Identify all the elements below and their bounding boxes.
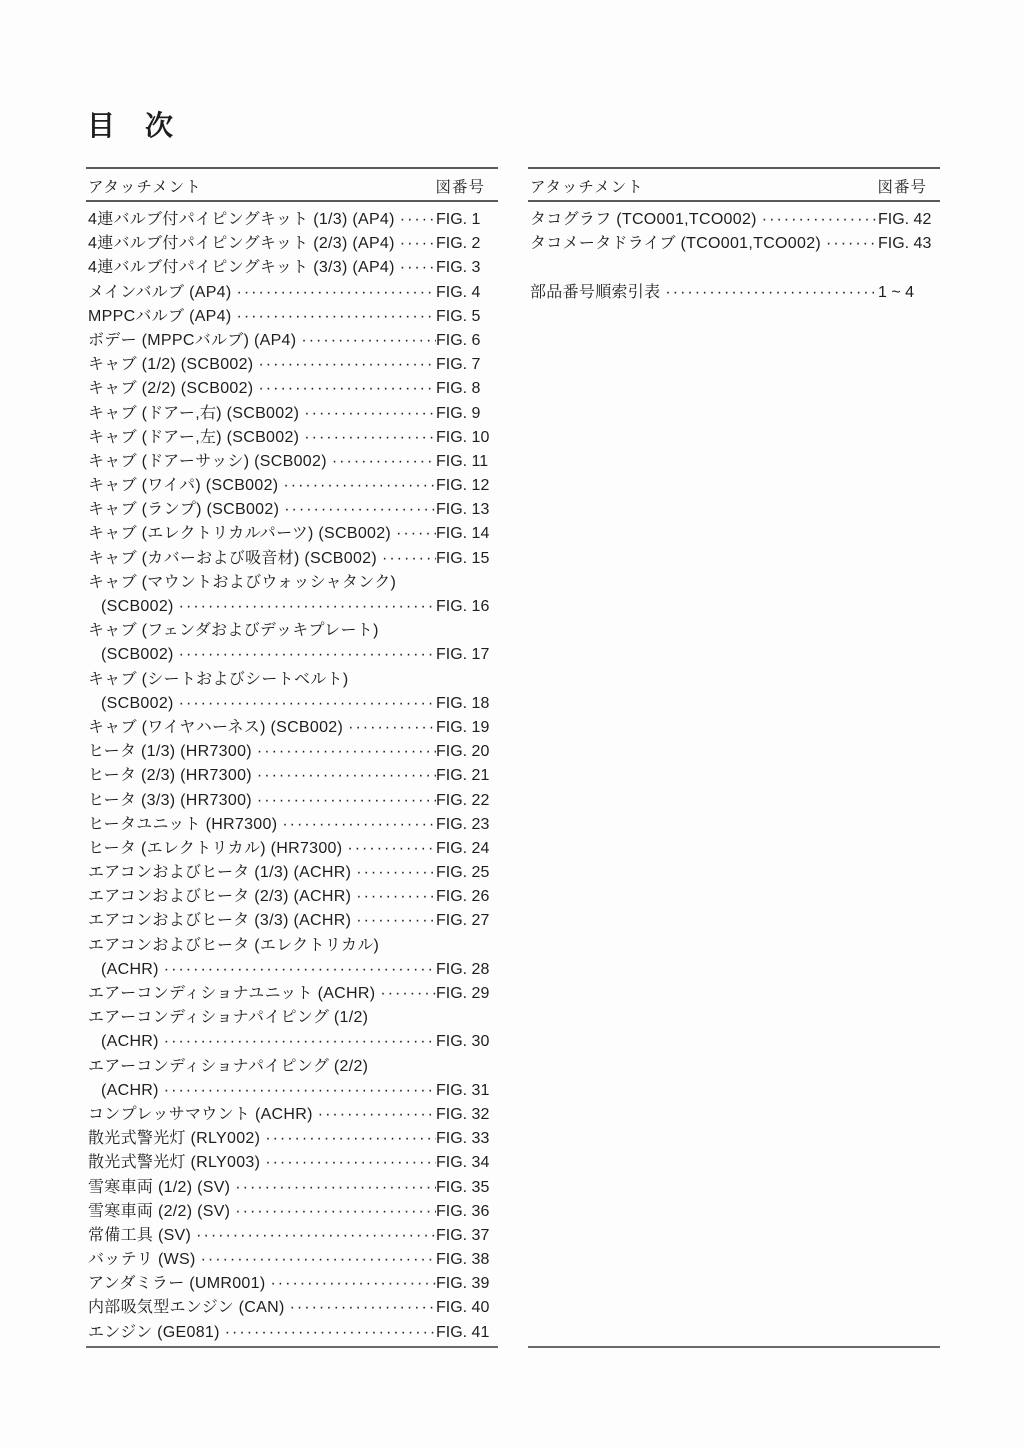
fig-number: FIG. 34 <box>436 1151 498 1175</box>
fig-number: FIG. 5 <box>436 305 498 329</box>
entry-label: タコメータドライブ (TCO001,TCO002) <box>528 232 821 256</box>
entry-label: キャブ (ランプ) (SCB002) <box>86 498 279 522</box>
fig-number: FIG. 43 <box>878 232 940 256</box>
fig-number: FIG. 18 <box>436 692 498 716</box>
fig-number: FIG. 20 <box>436 740 498 764</box>
toc-row: アンダミラー (UMR001)FIG. 39 <box>86 1272 498 1296</box>
toc-row: (SCB002)FIG. 16 <box>86 595 498 619</box>
dot-leader <box>231 305 436 329</box>
fig-number: FIG. 15 <box>436 547 498 571</box>
toc-row: ヒータ (2/3) (HR7300)FIG. 21 <box>86 764 498 788</box>
dot-leader <box>260 1151 436 1175</box>
entry-label: 散光式警光灯 (RLY002) <box>86 1127 260 1151</box>
dot-leader <box>391 522 436 546</box>
entry-label: ヒータ (2/3) (HR7300) <box>86 764 252 788</box>
entry-label: キャブ (ワイヤハーネス) (SCB002) <box>86 716 343 740</box>
dot-leader <box>191 1224 436 1248</box>
fig-number: FIG. 35 <box>436 1176 498 1200</box>
column-header-attachment: アタッチメント <box>88 175 202 197</box>
dot-leader <box>351 861 436 885</box>
entry-label: キャブ (1/2) (SCB002) <box>86 353 253 377</box>
fig-number: FIG. 25 <box>436 861 498 885</box>
entry-label: 部品番号順索引表 <box>528 281 660 305</box>
entry-label: 内部吸気型エンジン (CAN) <box>86 1296 285 1320</box>
fig-number: FIG. 12 <box>436 474 498 498</box>
fig-number: FIG. 28 <box>436 958 498 982</box>
dot-leader <box>821 232 878 256</box>
entry-label: (SCB002) <box>86 692 174 716</box>
toc-row: (SCB002)FIG. 17 <box>86 643 498 667</box>
toc-row: コンプレッサマウント (ACHR)FIG. 32 <box>86 1103 498 1127</box>
entry-label: エンジン (GE081) <box>86 1321 220 1345</box>
dot-leader <box>174 643 436 667</box>
fig-number: FIG. 40 <box>436 1296 498 1320</box>
dot-leader <box>278 474 436 498</box>
toc-row: 部品番号順索引表1 ~ 4 <box>528 281 940 305</box>
dot-leader <box>395 256 436 280</box>
toc-list: 4連バルブ付パイピングキット (1/3) (AP4)FIG. 14連バルブ付パイ… <box>86 202 498 1348</box>
toc-row: 4連バルブ付パイピングキット (2/3) (AP4)FIG. 2 <box>86 232 498 256</box>
entry-label: ヒータ (エレクトリカル) (HR7300) <box>86 837 342 861</box>
toc-row: エアコンおよびヒータ (1/3) (ACHR)FIG. 25 <box>86 861 498 885</box>
fig-number: FIG. 3 <box>436 256 498 280</box>
dot-leader <box>265 1272 436 1296</box>
toc-row: エアーコンディショナユニット (ACHR)FIG. 29 <box>86 982 498 1006</box>
fig-number: FIG. 21 <box>436 764 498 788</box>
fig-number: FIG. 6 <box>436 329 498 353</box>
toc-row: MPPCバルブ (AP4)FIG. 5 <box>86 305 498 329</box>
dot-leader <box>253 353 436 377</box>
entry-label: コンプレッサマウント (ACHR) <box>86 1103 313 1127</box>
entry-label: エアコンおよびヒータ (エレクトリカル) <box>86 934 379 958</box>
entry-label: 4連バルブ付パイピングキット (3/3) (AP4) <box>86 256 395 280</box>
toc-row: ヒータ (3/3) (HR7300)FIG. 22 <box>86 789 498 813</box>
dot-leader <box>230 1176 436 1200</box>
dot-leader <box>253 377 436 401</box>
toc-row: エアコンおよびヒータ (3/3) (ACHR)FIG. 27 <box>86 909 498 933</box>
entry-label: (SCB002) <box>86 595 174 619</box>
dot-leader <box>277 813 436 837</box>
fig-number: FIG. 4 <box>436 281 498 305</box>
toc-row: エアーコンディショナパイピング (1/2) <box>86 1006 498 1030</box>
dot-leader <box>313 1103 436 1127</box>
dot-leader <box>252 764 436 788</box>
entry-label: (ACHR) <box>86 1030 159 1054</box>
fig-number: FIG. 1 <box>436 208 498 232</box>
entry-label: エアコンおよびヒータ (2/3) (ACHR) <box>86 885 351 909</box>
toc-row: 4連バルブ付パイピングキット (1/3) (AP4)FIG. 1 <box>86 208 498 232</box>
toc-row: (ACHR)FIG. 30 <box>86 1030 498 1054</box>
dot-leader <box>159 958 436 982</box>
column-header: アタッチメント 図番号 <box>86 167 498 202</box>
fig-number: FIG. 10 <box>436 426 498 450</box>
toc-row: 常備工具 (SV)FIG. 37 <box>86 1224 498 1248</box>
entry-label: キャブ (マウントおよびウォッシャタンク) <box>86 571 396 595</box>
toc-row: (ACHR)FIG. 28 <box>86 958 498 982</box>
toc-row: キャブ (ワイヤハーネス) (SCB002)FIG. 19 <box>86 716 498 740</box>
fig-number: FIG. 26 <box>436 885 498 909</box>
toc-row <box>528 256 940 280</box>
entry-label: エアーコンディショナパイピング (1/2) <box>86 1006 368 1030</box>
toc-row: タコグラフ (TCO001,TCO002)FIG. 42 <box>528 208 940 232</box>
dot-leader <box>395 232 436 256</box>
entry-label: キャブ (シートおよびシートベルト) <box>86 668 349 692</box>
toc-page: 目 次 アタッチメント 図番号 4連バルブ付パイピングキット (1/3) (AP… <box>0 0 1024 1449</box>
dot-leader <box>159 1079 436 1103</box>
entry-label: キャブ (ドアー,右) (SCB002) <box>86 402 299 426</box>
entry-label: ボデー (MPPCバルブ) (AP4) <box>86 329 296 353</box>
toc-row: 散光式警光灯 (RLY003)FIG. 34 <box>86 1151 498 1175</box>
dot-leader <box>395 208 436 232</box>
entry-label: キャブ (ドアーサッシ) (SCB002) <box>86 450 327 474</box>
dot-leader <box>351 909 436 933</box>
toc-row: ヒータ (1/3) (HR7300)FIG. 20 <box>86 740 498 764</box>
column-header-fig-number: 図番号 <box>435 175 485 197</box>
entry-label: キャブ (カバーおよび吸音材) (SCB002) <box>86 547 377 571</box>
fig-number: 1 ~ 4 <box>878 281 940 305</box>
toc-row: ヒータユニット (HR7300)FIG. 23 <box>86 813 498 837</box>
entry-label: タコグラフ (TCO001,TCO002) <box>528 208 757 232</box>
entry-label: エアコンおよびヒータ (3/3) (ACHR) <box>86 909 351 933</box>
fig-number: FIG. 41 <box>436 1321 498 1345</box>
toc-row: キャブ (マウントおよびウォッシャタンク) <box>86 571 498 595</box>
dot-leader <box>296 329 436 353</box>
fig-number: FIG. 32 <box>436 1103 498 1127</box>
toc-row: 雪寒車両 (2/2) (SV)FIG. 36 <box>86 1200 498 1224</box>
toc-row: エアーコンディショナパイピング (2/2) <box>86 1055 498 1079</box>
fig-number: FIG. 24 <box>436 837 498 861</box>
toc-row: (SCB002)FIG. 18 <box>86 692 498 716</box>
dot-leader <box>299 426 436 450</box>
entry-label: 4連バルブ付パイピングキット (1/3) (AP4) <box>86 208 395 232</box>
fig-number: FIG. 33 <box>436 1127 498 1151</box>
dot-leader <box>343 716 436 740</box>
entry-label: キャブ (ドアー,左) (SCB002) <box>86 426 299 450</box>
toc-column-right: アタッチメント 図番号 タコグラフ (TCO001,TCO002)FIG. 42… <box>528 167 940 1348</box>
entry-label: 雪寒車両 (2/2) (SV) <box>86 1200 230 1224</box>
toc-row: エアコンおよびヒータ (2/3) (ACHR)FIG. 26 <box>86 885 498 909</box>
toc-row: キャブ (シートおよびシートベルト) <box>86 668 498 692</box>
fig-number: FIG. 30 <box>436 1030 498 1054</box>
dot-leader <box>232 281 436 305</box>
dot-leader <box>220 1321 436 1345</box>
column-header-attachment: アタッチメント <box>530 175 644 197</box>
dot-leader <box>757 208 878 232</box>
toc-row: キャブ (ランプ) (SCB002)FIG. 13 <box>86 498 498 522</box>
fig-number: FIG. 2 <box>436 232 498 256</box>
entry-label: (ACHR) <box>86 958 159 982</box>
page-title: 目 次 <box>87 110 174 142</box>
toc-row: メインバルブ (AP4)FIG. 4 <box>86 281 498 305</box>
toc-row: キャブ (ドアーサッシ) (SCB002)FIG. 11 <box>86 450 498 474</box>
toc-row: キャブ (ワイパ) (SCB002)FIG. 12 <box>86 474 498 498</box>
toc-row: 内部吸気型エンジン (CAN)FIG. 40 <box>86 1296 498 1320</box>
entry-label: アンダミラー (UMR001) <box>86 1272 265 1296</box>
toc-column-left: アタッチメント 図番号 4連バルブ付パイピングキット (1/3) (AP4)FI… <box>86 167 498 1348</box>
entry-label: エアコンおよびヒータ (1/3) (ACHR) <box>86 861 351 885</box>
toc-row: キャブ (ドアー,右) (SCB002)FIG. 9 <box>86 402 498 426</box>
toc-row: ボデー (MPPCバルブ) (AP4)FIG. 6 <box>86 329 498 353</box>
toc-row: (ACHR)FIG. 31 <box>86 1079 498 1103</box>
entry-label: 4連バルブ付パイピングキット (2/3) (AP4) <box>86 232 395 256</box>
toc-row: キャブ (カバーおよび吸音材) (SCB002)FIG. 15 <box>86 547 498 571</box>
toc-row: ヒータ (エレクトリカル) (HR7300)FIG. 24 <box>86 837 498 861</box>
fig-number: FIG. 11 <box>436 450 498 474</box>
dot-leader <box>174 595 436 619</box>
dot-leader <box>252 789 436 813</box>
toc-row: 散光式警光灯 (RLY002)FIG. 33 <box>86 1127 498 1151</box>
toc-row: キャブ (フェンダおよびデッキプレート) <box>86 619 498 643</box>
entry-label: 散光式警光灯 (RLY003) <box>86 1151 260 1175</box>
entry-label: メインバルブ (AP4) <box>86 281 232 305</box>
dot-leader <box>327 450 436 474</box>
entry-label: MPPCバルブ (AP4) <box>86 305 231 329</box>
dot-leader <box>159 1030 436 1054</box>
entry-label: キャブ (2/2) (SCB002) <box>86 377 253 401</box>
fig-number: FIG. 19 <box>436 716 498 740</box>
dot-leader <box>230 1200 436 1224</box>
toc-row: エアコンおよびヒータ (エレクトリカル) <box>86 934 498 958</box>
fig-number: FIG. 23 <box>436 813 498 837</box>
dot-leader <box>377 547 436 571</box>
fig-number: FIG. 42 <box>878 208 940 232</box>
fig-number: FIG. 29 <box>436 982 498 1006</box>
entry-label: バッテリ (WS) <box>86 1248 196 1272</box>
dot-leader <box>174 692 436 716</box>
fig-number: FIG. 16 <box>436 595 498 619</box>
toc-row: 雪寒車両 (1/2) (SV)FIG. 35 <box>86 1176 498 1200</box>
fig-number: FIG. 8 <box>436 377 498 401</box>
dot-leader <box>252 740 436 764</box>
dot-leader <box>196 1248 436 1272</box>
entry-label: エアーコンディショナパイピング (2/2) <box>86 1055 368 1079</box>
dot-leader <box>279 498 436 522</box>
dot-leader <box>342 837 436 861</box>
entry-label: 雪寒車両 (1/2) (SV) <box>86 1176 230 1200</box>
entry-label: キャブ (エレクトリカルパーツ) (SCB002) <box>86 522 391 546</box>
entry-label: キャブ (フェンダおよびデッキプレート) <box>86 619 379 643</box>
column-header: アタッチメント 図番号 <box>528 167 940 202</box>
toc-row: キャブ (1/2) (SCB002)FIG. 7 <box>86 353 498 377</box>
dot-leader <box>375 982 436 1006</box>
fig-number: FIG. 27 <box>436 909 498 933</box>
fig-number: FIG. 36 <box>436 1200 498 1224</box>
fig-number: FIG. 17 <box>436 643 498 667</box>
fig-number: FIG. 14 <box>436 522 498 546</box>
toc-list: タコグラフ (TCO001,TCO002)FIG. 42タコメータドライブ (T… <box>528 202 940 1348</box>
fig-number: FIG. 31 <box>436 1079 498 1103</box>
fig-number: FIG. 22 <box>436 789 498 813</box>
fig-number: FIG. 7 <box>436 353 498 377</box>
fig-number: FIG. 13 <box>436 498 498 522</box>
fig-number: FIG. 38 <box>436 1248 498 1272</box>
toc-row: キャブ (2/2) (SCB002)FIG. 8 <box>86 377 498 401</box>
entry-label: ヒータ (1/3) (HR7300) <box>86 740 252 764</box>
entry-label: キャブ (ワイパ) (SCB002) <box>86 474 278 498</box>
toc-row: キャブ (エレクトリカルパーツ) (SCB002)FIG. 14 <box>86 522 498 546</box>
dot-leader <box>285 1296 436 1320</box>
fig-number: FIG. 9 <box>436 402 498 426</box>
entry-label: 常備工具 (SV) <box>86 1224 191 1248</box>
entry-label: ヒータ (3/3) (HR7300) <box>86 789 252 813</box>
entry-label: エアーコンディショナユニット (ACHR) <box>86 982 375 1006</box>
dot-leader <box>660 281 878 305</box>
entry-label: (SCB002) <box>86 643 174 667</box>
fig-number: FIG. 37 <box>436 1224 498 1248</box>
toc-row: バッテリ (WS)FIG. 38 <box>86 1248 498 1272</box>
column-header-fig-number: 図番号 <box>877 175 927 197</box>
toc-row: タコメータドライブ (TCO001,TCO002)FIG. 43 <box>528 232 940 256</box>
fig-number: FIG. 39 <box>436 1272 498 1296</box>
toc-row: キャブ (ドアー,左) (SCB002)FIG. 10 <box>86 426 498 450</box>
dot-leader <box>260 1127 436 1151</box>
entry-label: ヒータユニット (HR7300) <box>86 813 277 837</box>
dot-leader <box>351 885 436 909</box>
toc-row: 4連バルブ付パイピングキット (3/3) (AP4)FIG. 3 <box>86 256 498 280</box>
entry-label: (ACHR) <box>86 1079 159 1103</box>
toc-row: エンジン (GE081)FIG. 41 <box>86 1321 498 1345</box>
dot-leader <box>299 402 436 426</box>
